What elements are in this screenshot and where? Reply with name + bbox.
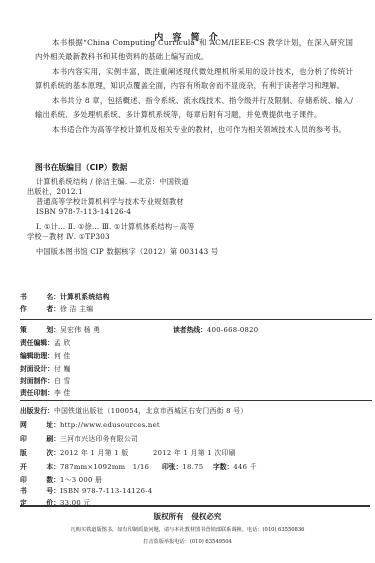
print-run-row: 印数：1～3 000 册 <box>20 475 102 485</box>
staff-row-printing: 责任印制：李 佳 <box>20 388 71 398</box>
hotline-label: 读者热线： <box>173 325 207 335</box>
author-row: 作者：徐 洁 主编 <box>20 304 93 314</box>
anti-piracy-hotline: 打击盗版举报电话：(010) 63549504 <box>0 538 375 545</box>
edition-row: 版次：2012 年 1 月第 1 版 2012 年 1 月第 1 次印刷 <box>20 448 236 458</box>
format-row: 开本：787mm×1092mm 1/16 <box>20 462 149 472</box>
hotline-row: 读者热线：400-668-0820 <box>173 325 258 335</box>
copyright-title: 版权所有 侵权必究 <box>0 511 375 522</box>
sheets-label: 印张： <box>162 462 182 472</box>
printer-row: 印刷：三河市兴达印务有限公司 <box>20 434 138 444</box>
planning-row: 策划：吴宏伟 杨 勇 <box>20 325 100 335</box>
price-label: 定价： <box>20 498 60 508</box>
hotline-value: 400-668-0820 <box>207 326 258 334</box>
cip-line-7: 中国版本图书馆 CIP 数据核字（2012）第 003143 号 <box>36 247 218 257</box>
staff-value: 付 巍 <box>54 365 71 373</box>
staff-label: 封面制作： <box>20 376 54 386</box>
staff-label: 责任编辑： <box>20 338 54 348</box>
edition-label: 版次： <box>20 448 60 458</box>
divider-1 <box>20 319 372 320</box>
staff-label: 责任印制： <box>20 388 54 398</box>
words-value: 446 千 <box>233 463 256 471</box>
words-row: 字数：446 千 <box>213 462 257 472</box>
cip-line-5: Ⅰ. ①计… Ⅱ. ①徐… Ⅲ. ①计算机体系结构－高等 <box>36 222 195 232</box>
cip-line-2: 出版社，2012.1 <box>27 187 83 197</box>
publisher-value: 中国铁道出版社（100054，北京市西城区右安门西街 8 号） <box>54 407 247 415</box>
cip-line-6: 学校－教材 Ⅳ. ①TP303 <box>27 232 110 242</box>
staff-row-cover-production: 封面制作：白 雪 <box>20 376 71 386</box>
isbn-row: 书号：ISBN 978-7-113-14126-4 <box>20 486 152 496</box>
intro-paragraph-1: 本书根据“China Computing Curricula”和 ACM/IEE… <box>35 36 353 64</box>
staff-value: 李 佳 <box>54 389 71 397</box>
intro-paragraph-2: 本书内容实用，实例丰富，既注重阐述现代微处理机所采用的设计技术，也分析了传统计算… <box>35 65 353 93</box>
cip-line-4: ISBN 978-7-113-14126-4 <box>36 207 131 217</box>
divider-2 <box>20 400 372 401</box>
printer-value: 三河市兴达印务有限公司 <box>60 435 138 443</box>
print-run-value: 1～3 000 册 <box>60 476 102 484</box>
intro-paragraph-4: 本书适合作为高等学校计算机及相关专业的教材，也可作为相关领域技术人员的参考书。 <box>35 123 353 137</box>
author-value: 徐 洁 主编 <box>60 305 93 313</box>
edition-value: 2012 年 1 月第 1 版 2012 年 1 月第 1 次印刷 <box>60 449 236 457</box>
author-label: 作者： <box>20 304 60 314</box>
format-label: 开本： <box>20 462 60 472</box>
staff-label: 封面设计： <box>20 364 54 374</box>
website-link[interactable]: http://www.edusources.net <box>60 421 160 429</box>
divider-3 <box>20 505 370 507</box>
publisher-label: 出版发行： <box>20 406 54 416</box>
staff-value: 何 佳 <box>54 352 71 360</box>
staff-value: 白 雪 <box>54 377 71 385</box>
staff-row-editor: 责任编辑：孟 欣 <box>20 338 71 348</box>
format-value: 787mm×1092mm 1/16 <box>60 463 149 471</box>
isbn-label: 书号： <box>20 486 60 496</box>
cip-line-3: 普通高等学校计算机科学与技术专业规划教材 <box>36 197 184 207</box>
print-run-label: 印数： <box>20 475 60 485</box>
staff-label: 编辑助理： <box>20 351 54 361</box>
book-name-label: 书名： <box>20 292 60 302</box>
website-row: 网址：http://www.edusources.net <box>20 420 160 430</box>
sheets-value: 18.75 <box>182 463 203 471</box>
intro-paragraph-3: 本书共分 8 章，包括概述、指令系统、流水线技术、指令级并行及限制、存储系统、输… <box>35 94 353 122</box>
website-label: 网址： <box>20 420 60 430</box>
staff-row-cover-design: 封面设计：付 巍 <box>20 364 71 374</box>
sheets-row: 印张：18.75 <box>162 462 203 472</box>
publisher-row: 出版发行：中国铁道出版社（100054，北京市西城区右安门西街 8 号） <box>20 406 247 416</box>
staff-value: 孟 欣 <box>54 339 71 347</box>
book-name-row: 书名：计算机系统结构 <box>20 292 110 302</box>
price-row: 定价：33.00 元 <box>20 498 91 508</box>
book-name-value: 计算机系统结构 <box>60 293 110 301</box>
printer-label: 印刷： <box>20 434 60 444</box>
isbn-value: ISBN 978-7-113-14126-4 <box>60 487 152 495</box>
cip-title: 图书在版编目（CIP）数据 <box>35 162 127 173</box>
cip-line-1: 计算机系统结构 / 徐洁主编. —北京：中国铁道 <box>36 177 189 187</box>
planning-label: 策划： <box>20 325 60 335</box>
planning-value: 吴宏伟 杨 勇 <box>60 326 100 334</box>
words-label: 字数： <box>213 462 233 472</box>
staff-row-assistant: 编辑助理：何 佳 <box>20 351 71 361</box>
copyright-notice: 凡购买铁道版图书，如有印制质量问题，请与本社教材图书营销部联系调换。电话：(01… <box>0 526 375 533</box>
